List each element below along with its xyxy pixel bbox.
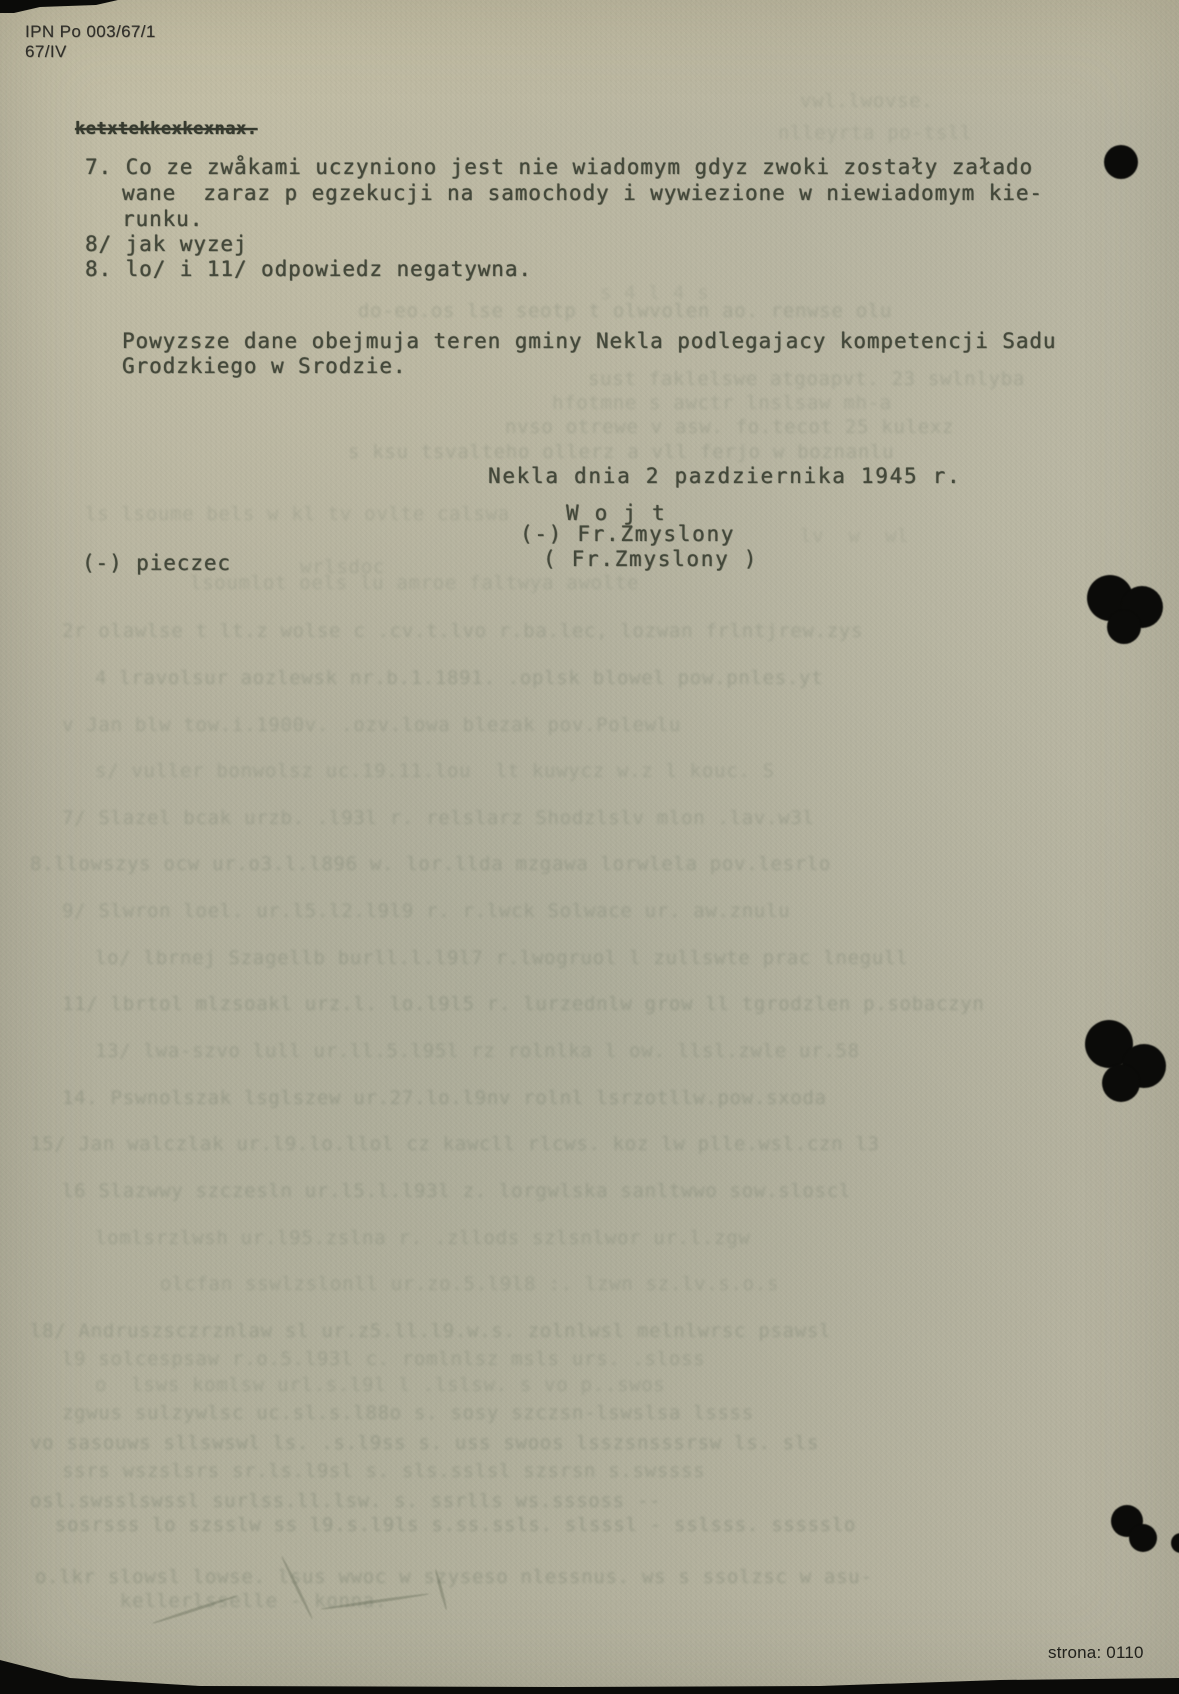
scanned-document-page: IPN Po 003/67/1 67/IV vwl.lwovse.nlleyrt… [0,0,1179,1694]
bleedthrough-line: 14. Pswnolszak lsglszew ur.27.lo.l9nv ro… [62,1087,827,1109]
bleedthrough-line: nlleyrta po-tsll [778,122,972,144]
typewritten-line: (-) Fr.Zmyslony [520,522,735,546]
bleedthrough-line: zgwus sulzywlsc uc.sl.s.l88o s. sosy szc… [62,1402,754,1424]
bleedthrough-line: 8.llowszys ocw ur.o3.l.l896 w. lor.llda … [30,853,831,875]
typewritten-line: Grodzkiego w Srodzie. [122,354,406,378]
page-number-label: strona: 0110 [1048,1643,1144,1663]
ink-blob [1102,1064,1140,1102]
typewritten-line: runku. [122,207,203,231]
bleedthrough-line: o lsws komlsw url.s.l9l l .lslsw. s vo p… [95,1374,666,1396]
bleedthrough-line: l9 solcespsaw r.o.5.l93l c. romlnlsz msl… [62,1348,705,1370]
bleedthrough-line: sosrsss lo szsslw ss l9.s.l9ls s.ss.ssls… [55,1514,856,1536]
bleedthrough-line: 2r olawlse t lt.z wolse c .cv.t.lvo r.ba… [62,620,863,642]
bleedthrough-line: sust faklelswe atgoapvt. 23 swlnlyba [588,368,1025,390]
bleedthrough-line: 7/ Slazel bcak urzb. .l93l r. relslarz S… [62,807,815,829]
bleedthrough-line: v Jan blw tow.i.1900v. .ozv.lowa blezak … [62,714,681,736]
archival-reference-line-2: 67/IV [25,42,156,62]
typewritten-line: Powyzsze dane obejmuja teren gminy Nekla… [122,329,1056,353]
bleedthrough-line: lsoumlot oels lu amroe faltwya awolte [190,572,639,594]
bleedthrough-line: 13/ lwa-szvo lull ur.ll.5.l95l rz rolnlk… [95,1040,860,1062]
typewritten-line: wane zaraz p egzekucji na samochody i wy… [122,181,1043,205]
bleedthrough-line: o.lkr slowsl lowse. lsus wwoc w szyseso … [35,1566,873,1588]
typewritten-line: Nekla dnia 2 pazdziernika 1945 r. [488,464,961,488]
bleedthrough-line: s/ vuller bonwolsz uc.19.11.lou lt kuwyc… [95,760,775,782]
bleedthrough-line: vwl.lwovse. [800,90,934,112]
ink-blob [1104,145,1138,179]
scan-artifact-bottom-edge [0,1656,1179,1694]
bleedthrough-line: 11/ lbrtol mlzsoakl urz.l. lo.l9l5 r. lu… [62,993,985,1015]
bleedthrough-line: l8/ Andruszsczrznlaw sl ur.z5.ll.l9.w.s.… [30,1320,831,1342]
bleedthrough-line: vo sasouws sllswswl ls. .s.l9ss s. uss s… [30,1432,819,1454]
scan-artifact-top-left-edge [0,0,118,13]
typewritten-line: 8. lo/ i 11/ odpowiedz negatywna. [85,257,532,281]
bleedthrough-line: ssrs wszslsrs sr.ls.l9sl s. sls.sslsl sz… [62,1460,705,1482]
bleedthrough-line: nvso otrewe v asw. fo.tecot 25 kulexz [505,416,954,438]
typewritten-line: 7. Co ze zwåkami uczyniono jest nie wiad… [85,155,1033,179]
bleedthrough-line: lomlsrzlwsh ur.l95.zslna r. .zllods szls… [95,1227,751,1249]
bleedthrough-line: l6 Slazwwy szczesln ur.l5.l.l93l z. lorg… [62,1180,851,1202]
bleedthrough-line: kellerlsselle - konna. [120,1590,387,1612]
archival-reference-line-1: IPN Po 003/67/1 [25,22,156,42]
bleedthrough-line: lv w wl [800,525,909,547]
bleedthrough-line: 4 lravolsur aozlewsk nr.b.1.1891. .oplsk… [95,667,823,689]
typewritten-line: 8/ jak wyzej [85,232,248,256]
bleedthrough-line: ls lsoume bels w kl tv ovlte calswa [85,503,510,525]
bleedthrough-line: s ksu tsvalteho ollerz a vll ferjo w boz… [348,441,894,463]
typewritten-line: (-) pieczec [82,551,231,575]
bleedthrough-line: 9/ Slwron loel. ur.l5.l2.l9l9 r. r.lwck … [62,900,790,922]
archival-reference-stamp: IPN Po 003/67/1 67/IV [25,22,156,62]
bleedthrough-line: 15/ Jan walczlak ur.l9.lo.llol cz kawcll… [30,1133,880,1155]
ink-blob [1129,1524,1157,1552]
typewritten-line: ( Fr.Zmyslony ) [543,547,758,571]
bleedthrough-line: hfotmne s awctr lnslsaw mh-a [552,392,892,414]
struck-out-word: ketxtekkexkexnax. [75,117,258,141]
bleedthrough-line: olcfan sswlzslonll ur.zo.5.l9l8 :. lzwn … [160,1273,779,1295]
bleedthrough-line: osl.swsslswssl surlss.ll.lsw. s. ssrlls … [30,1490,661,1512]
bleedthrough-line: do-eo.os lse seotp t olwvolen ao. renwse… [358,300,892,322]
bleedthrough-line: lo/ lbrnej Szagellb burll.l.l9l7 r.lwogr… [95,947,908,969]
ink-blob [1171,1533,1179,1553]
ink-blob [1107,610,1141,644]
